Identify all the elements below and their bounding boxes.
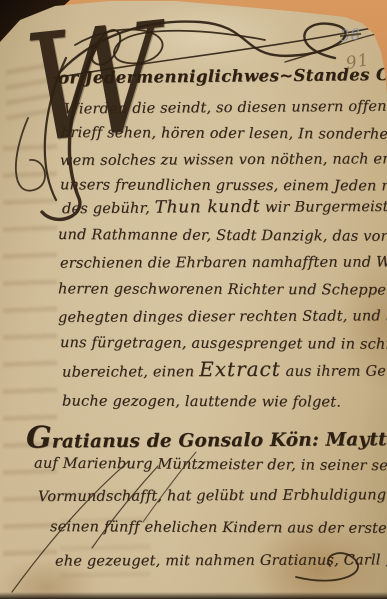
manuscript-line: buche gezogen, lauttende wie folget.	[62, 390, 341, 412]
manuscript-line-extract: ubereichet, einen Extract aus ihrem Geri…	[62, 356, 387, 381]
line-text: Wierden die seindt, so diesen unsern off…	[64, 99, 387, 118]
manuscript-line: wem solches zu wissen von nöthen, nach e…	[60, 147, 387, 170]
descender-hairline-2	[92, 466, 158, 548]
line-text: uns fürgetragen, ausgesprenget und in sc…	[60, 335, 387, 353]
manuscript-line: des gebühr, Thun kundt wir Burgermeist d…	[62, 196, 387, 218]
manuscript-line: herren geschworenen Richter und Scheppen…	[58, 277, 387, 299]
manuscript-line: seinen fünff ehelichen Kindern aus der e…	[50, 519, 387, 537]
line-text: unsers freundlichen grusses, einem Jeden…	[60, 177, 387, 194]
manuscript-line: gehegten dinges dieser rechten Stadt, un…	[58, 304, 387, 327]
page-bottom-edge-shadow	[0, 592, 387, 599]
section-heading-gratianus: Gratianus de Gonsalo Kön: Maytt: zu Poss…	[26, 417, 387, 455]
section-heading-text: ratianus de Gonsalo Kön: Maytt: zu Posse…	[52, 428, 387, 452]
manuscript-line: Vormundschafft, hat gelübt und Erbhuldig…	[38, 487, 387, 505]
crossed-out-old-folio-number: 38	[339, 25, 362, 45]
line-text: wir Burgermeist der	[260, 199, 387, 216]
manuscript-photo: W or Jedermenniglichwes~Standes Conditio…	[0, 0, 387, 599]
line-text: buche gezogen, lauttende wie folget.	[62, 394, 341, 411]
line-text: ubereichet, einen	[62, 364, 199, 380]
document-heading: or Jedermenniglichwes~Standes Condition …	[58, 64, 387, 88]
manuscript-line: erschienen die Ehrbaren namhafften und W…	[60, 250, 387, 272]
pencil-folio-number: 91	[345, 50, 372, 74]
manuscript-line: brieff sehen, hören oder lesen, In sonde…	[61, 121, 387, 144]
manuscript-line: Wierden die seindt, so diesen unsern off…	[64, 95, 387, 119]
line-text: und Rathmanne der, Stadt Danzigk, das vo…	[58, 227, 387, 245]
line-text: des gebühr,	[62, 201, 155, 218]
line-text: aus ihrem Gerichts	[281, 363, 387, 380]
line-text: erschienen die Ehrbaren namhafften und W…	[60, 254, 387, 271]
line-text: brieff sehen, hören oder lesen, In sonde…	[61, 125, 387, 143]
section-initial-letter: G	[26, 420, 52, 455]
manuscript-line: unsers freundlichen grusses, einem Jeden…	[60, 173, 387, 195]
extract-word: Extract	[199, 357, 281, 381]
line-emphasis: Thun kundt	[155, 197, 261, 218]
line-text: herren geschworenen Richter und Scheppen…	[58, 281, 387, 298]
manuscript-line: auf Marienburg Müntzmeister der, in sein…	[34, 456, 387, 475]
line-text: wem solches zu wissen von nöthen, nach e…	[60, 151, 387, 169]
manuscript-page: W or Jedermenniglichwes~Standes Conditio…	[0, 0, 387, 599]
manuscript-line: ehe gezeuget, mit nahmen Gratianus, Carl…	[55, 552, 387, 569]
line-text: gehegten dinges dieser rechten Stadt, un…	[58, 308, 387, 326]
manuscript-line: und Rathmanne der, Stadt Danzigk, das vo…	[58, 223, 387, 246]
manuscript-line: uns fürgetragen, ausgesprenget und in sc…	[60, 331, 387, 354]
